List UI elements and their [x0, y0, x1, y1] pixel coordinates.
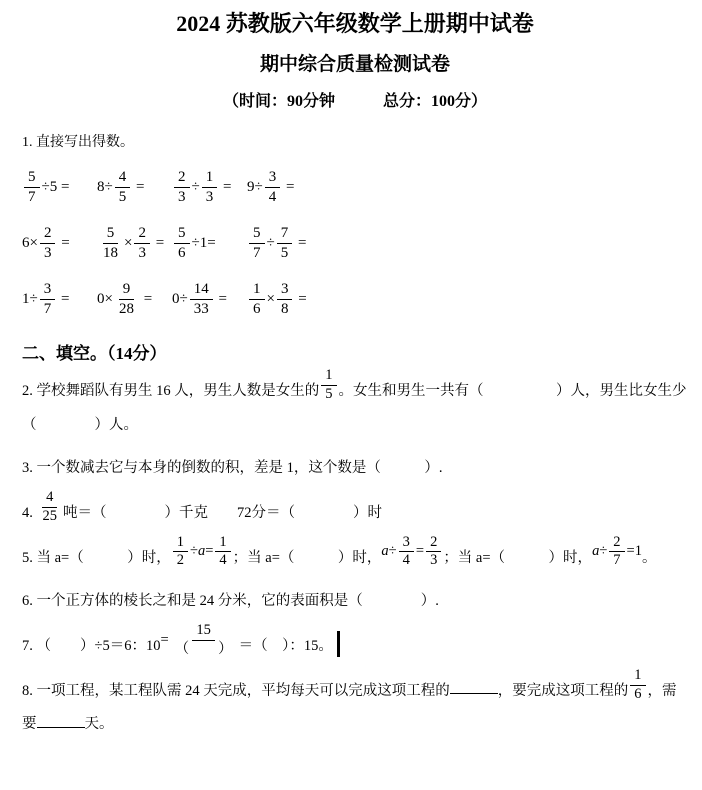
fraction: 14: [215, 535, 230, 570]
fraction: 34: [265, 169, 281, 205]
fraction-denominator: 6: [630, 686, 645, 703]
math-text: =: [160, 624, 168, 657]
fraction-numerator: 2: [609, 535, 624, 553]
math-text: =: [416, 535, 424, 568]
math-text: =: [219, 179, 231, 196]
section-2-header: 二、填空。（14分）: [22, 339, 688, 364]
fraction: 37: [40, 281, 56, 317]
fraction-denominator: 5: [321, 386, 336, 403]
math-text: ÷: [599, 535, 607, 568]
blank-underline: [450, 678, 498, 694]
calc-row-2: 6×23 = 518×23 = 56÷1= 57÷75 =: [22, 223, 688, 263]
fraction: 57: [249, 225, 265, 261]
fraction-denominator: 7: [609, 552, 624, 569]
math-text: =: [205, 535, 213, 568]
math-text: =: [57, 291, 69, 308]
fraction-denominator: 18: [99, 244, 122, 262]
fraction-denominator: 6: [174, 244, 190, 262]
math-text: 4.: [22, 504, 37, 520]
fraction-denominator: 33: [190, 300, 213, 318]
fraction-numerator: 9: [119, 281, 135, 300]
question-5: 5. 当 a=（ ）时，12÷a=14；当 a=（ ）时，a÷34=23；当 a…: [22, 541, 688, 576]
fraction-denominator: 28: [115, 300, 138, 318]
math-text: 8. 一项工程，某工程队需 24 天完成，平均每天可以完成这项工程的: [22, 682, 450, 698]
math-expression: 8÷45 =: [97, 169, 172, 205]
math-text: ；当 a=（ ）时，: [233, 549, 382, 565]
math-text: ÷1=: [192, 235, 216, 252]
math-text: 6×: [22, 235, 38, 252]
fraction-denominator: 3: [40, 244, 56, 262]
math-equation: a÷27=1: [592, 535, 642, 570]
fraction-numerator: 1: [202, 169, 218, 188]
fraction-numerator: 2: [426, 535, 441, 553]
fraction-denominator: 7: [249, 244, 265, 262]
question-7: 7. （ ）÷5＝6：10=15（ ）＝（ ）：15。: [22, 629, 688, 664]
fraction-denominator: （ ）: [171, 641, 237, 658]
question-2: 2. 学校舞蹈队有男生 16 人，男生人数是女生的15。女生和男生一共有（ ）人…: [22, 374, 688, 442]
math-text: 0×: [97, 291, 113, 308]
fraction: 23: [174, 169, 190, 205]
fraction: 16: [249, 281, 265, 317]
math-variable: a: [198, 535, 205, 568]
math-text: =1: [627, 535, 642, 568]
fraction-denominator: 6: [249, 300, 265, 318]
math-text: 2. 学校舞蹈队有男生 16 人，男生人数是女生的: [22, 383, 319, 399]
exam-time-score: （时间：90分钟 总分：100分）: [22, 92, 688, 113]
math-text: ÷5 =: [42, 179, 70, 196]
math-text: =: [132, 179, 144, 196]
math-text: ＝（ ）：15。: [239, 638, 333, 654]
calc-row-3: 1÷37 = 0×928 = 0÷1433 = 16×38 =: [22, 279, 688, 319]
math-text: ，要完成这项工程的: [498, 682, 629, 698]
fraction-denominator: 25: [39, 508, 62, 525]
question-4: 4. 425吨＝（ ）千克 72分＝（ ）时: [22, 496, 688, 531]
math-text: 1÷: [22, 291, 38, 308]
math-text: 6. 一个正方体的棱长之和是 24 分米，它的表面积是（ ）.: [22, 593, 439, 609]
fraction-numerator: 3: [277, 281, 293, 300]
fraction-denominator: 3: [426, 552, 441, 569]
fraction-numerator: 2: [174, 169, 190, 188]
fraction-denominator: 7: [24, 188, 40, 206]
fraction-numerator: 2: [40, 225, 56, 244]
fraction: 34: [399, 535, 414, 570]
fraction: 23: [426, 535, 441, 570]
fraction: 928: [115, 281, 138, 317]
page-subtitle: 期中综合质量检测试卷: [22, 53, 688, 78]
math-expression: 518×23 =: [97, 225, 172, 261]
math-equation: =15（ ）: [160, 623, 238, 658]
fraction-numerator: 5: [249, 225, 265, 244]
math-expression: 1÷37 =: [22, 281, 97, 317]
fraction-numerator: 7: [277, 225, 293, 244]
fraction-numerator: 14: [190, 281, 213, 300]
math-expression: 16×38 =: [247, 281, 322, 317]
fraction-numerator: 1: [249, 281, 265, 300]
fraction: 518: [99, 225, 122, 261]
fraction-numerator: 4: [42, 490, 57, 508]
math-text: 9÷: [247, 179, 263, 196]
fraction: 56: [174, 225, 190, 261]
fraction-denominator: 5: [115, 188, 131, 206]
fraction-numerator: 4: [115, 169, 131, 188]
page-title: 2024 苏教版六年级数学上册期中试卷: [22, 10, 688, 39]
fraction-denominator: 7: [40, 300, 56, 318]
fraction: 23: [40, 225, 56, 261]
math-text: ÷: [192, 179, 200, 196]
math-text: ×: [124, 235, 132, 252]
fraction-numerator: 3: [265, 169, 281, 188]
fraction-denominator: 2: [173, 552, 188, 569]
fraction-denominator: 3: [174, 188, 190, 206]
math-text: =: [140, 291, 152, 308]
fraction: 75: [277, 225, 293, 261]
question-8: 8. 一项工程，某工程队需 24 天完成，平均每天可以完成这项工程的，要完成这项…: [22, 674, 688, 742]
math-text: =: [215, 291, 227, 308]
math-text: 吨＝（ ）千克 72分＝（ ）时: [63, 504, 382, 520]
fraction-numerator: 1: [321, 368, 336, 386]
math-expression: 23÷13 =: [172, 169, 247, 205]
math-variable: a: [592, 535, 599, 568]
fraction: 13: [202, 169, 218, 205]
math-text: 。: [642, 549, 657, 565]
fraction-numerator: 5: [103, 225, 119, 244]
math-expression: 0÷1433 =: [172, 281, 247, 317]
fraction-numerator: 5: [24, 169, 40, 188]
fraction-numerator: 5: [174, 225, 190, 244]
math-text: =: [57, 235, 69, 252]
fraction: 1433: [190, 281, 213, 317]
fraction-denominator: 4: [399, 552, 414, 569]
math-expression: 9÷34 =: [247, 169, 322, 205]
math-text: ÷: [389, 535, 397, 568]
math-text: 3. 一个数减去它与本身的倒数的积，差是 1，这个数是（ ）.: [22, 460, 443, 476]
math-text: =: [152, 235, 164, 252]
fraction: 16: [630, 668, 645, 703]
math-text: =: [294, 235, 306, 252]
fraction-numerator: 1: [630, 668, 645, 686]
fraction-numerator: 1: [173, 535, 188, 553]
fraction: 15: [321, 368, 336, 403]
math-equation: 12÷a=14: [171, 535, 233, 570]
fraction-denominator: 4: [215, 552, 230, 569]
math-expression: 57÷5 =: [22, 169, 97, 205]
math-text: =: [294, 291, 306, 308]
math-text: =: [282, 179, 294, 196]
fraction-numerator: 3: [40, 281, 56, 300]
question-1-label: 1. 直接写出得数。: [22, 131, 688, 151]
math-expression: 0×928 =: [97, 281, 172, 317]
fraction: 15（ ）: [171, 623, 237, 658]
fraction-denominator: 3: [134, 244, 150, 262]
blank-underline: [37, 712, 85, 728]
exam-page: 2024 苏教版六年级数学上册期中试卷 期中综合质量检测试卷 （时间：90分钟 …: [0, 0, 702, 752]
fraction-numerator: 2: [134, 225, 150, 244]
fraction: 12: [173, 535, 188, 570]
fraction: 425: [39, 490, 62, 525]
math-expression: 6×23 =: [22, 225, 97, 261]
math-text: 0÷: [172, 291, 188, 308]
calc-row-1: 57÷5 = 8÷45 = 23÷13 = 9÷34 =: [22, 167, 688, 207]
question-3: 3. 一个数减去它与本身的倒数的积，差是 1，这个数是（ ）.: [22, 452, 688, 485]
fraction-numerator: 1: [215, 535, 230, 553]
math-text: ×: [267, 291, 275, 308]
math-equation: a÷34=23: [381, 535, 443, 570]
text-cursor: [337, 631, 340, 657]
fraction: 23: [134, 225, 150, 261]
math-text: ÷: [267, 235, 275, 252]
math-expression: 57÷75 =: [247, 225, 322, 261]
math-expression: 56÷1=: [172, 225, 247, 261]
math-variable: a: [381, 535, 388, 568]
math-text: 天。: [85, 716, 114, 732]
math-text: ÷: [190, 535, 198, 568]
fraction-numerator: 15: [192, 623, 215, 641]
question-6: 6. 一个正方体的棱长之和是 24 分米，它的表面积是（ ）.: [22, 585, 688, 618]
fraction: 38: [277, 281, 293, 317]
fraction-numerator: 3: [399, 535, 414, 553]
math-text: 8÷: [97, 179, 113, 196]
math-text: 7. （ ）÷5＝6：10: [22, 638, 160, 654]
fraction-denominator: 5: [277, 244, 293, 262]
fraction: 45: [115, 169, 131, 205]
fraction-denominator: 4: [265, 188, 281, 206]
fraction-denominator: 8: [277, 300, 293, 318]
fraction: 57: [24, 169, 40, 205]
math-text: ；当 a=（ ）时，: [443, 549, 592, 565]
fraction-denominator: 3: [202, 188, 218, 206]
fraction: 27: [609, 535, 624, 570]
math-text: 5. 当 a=（ ）时，: [22, 549, 171, 565]
